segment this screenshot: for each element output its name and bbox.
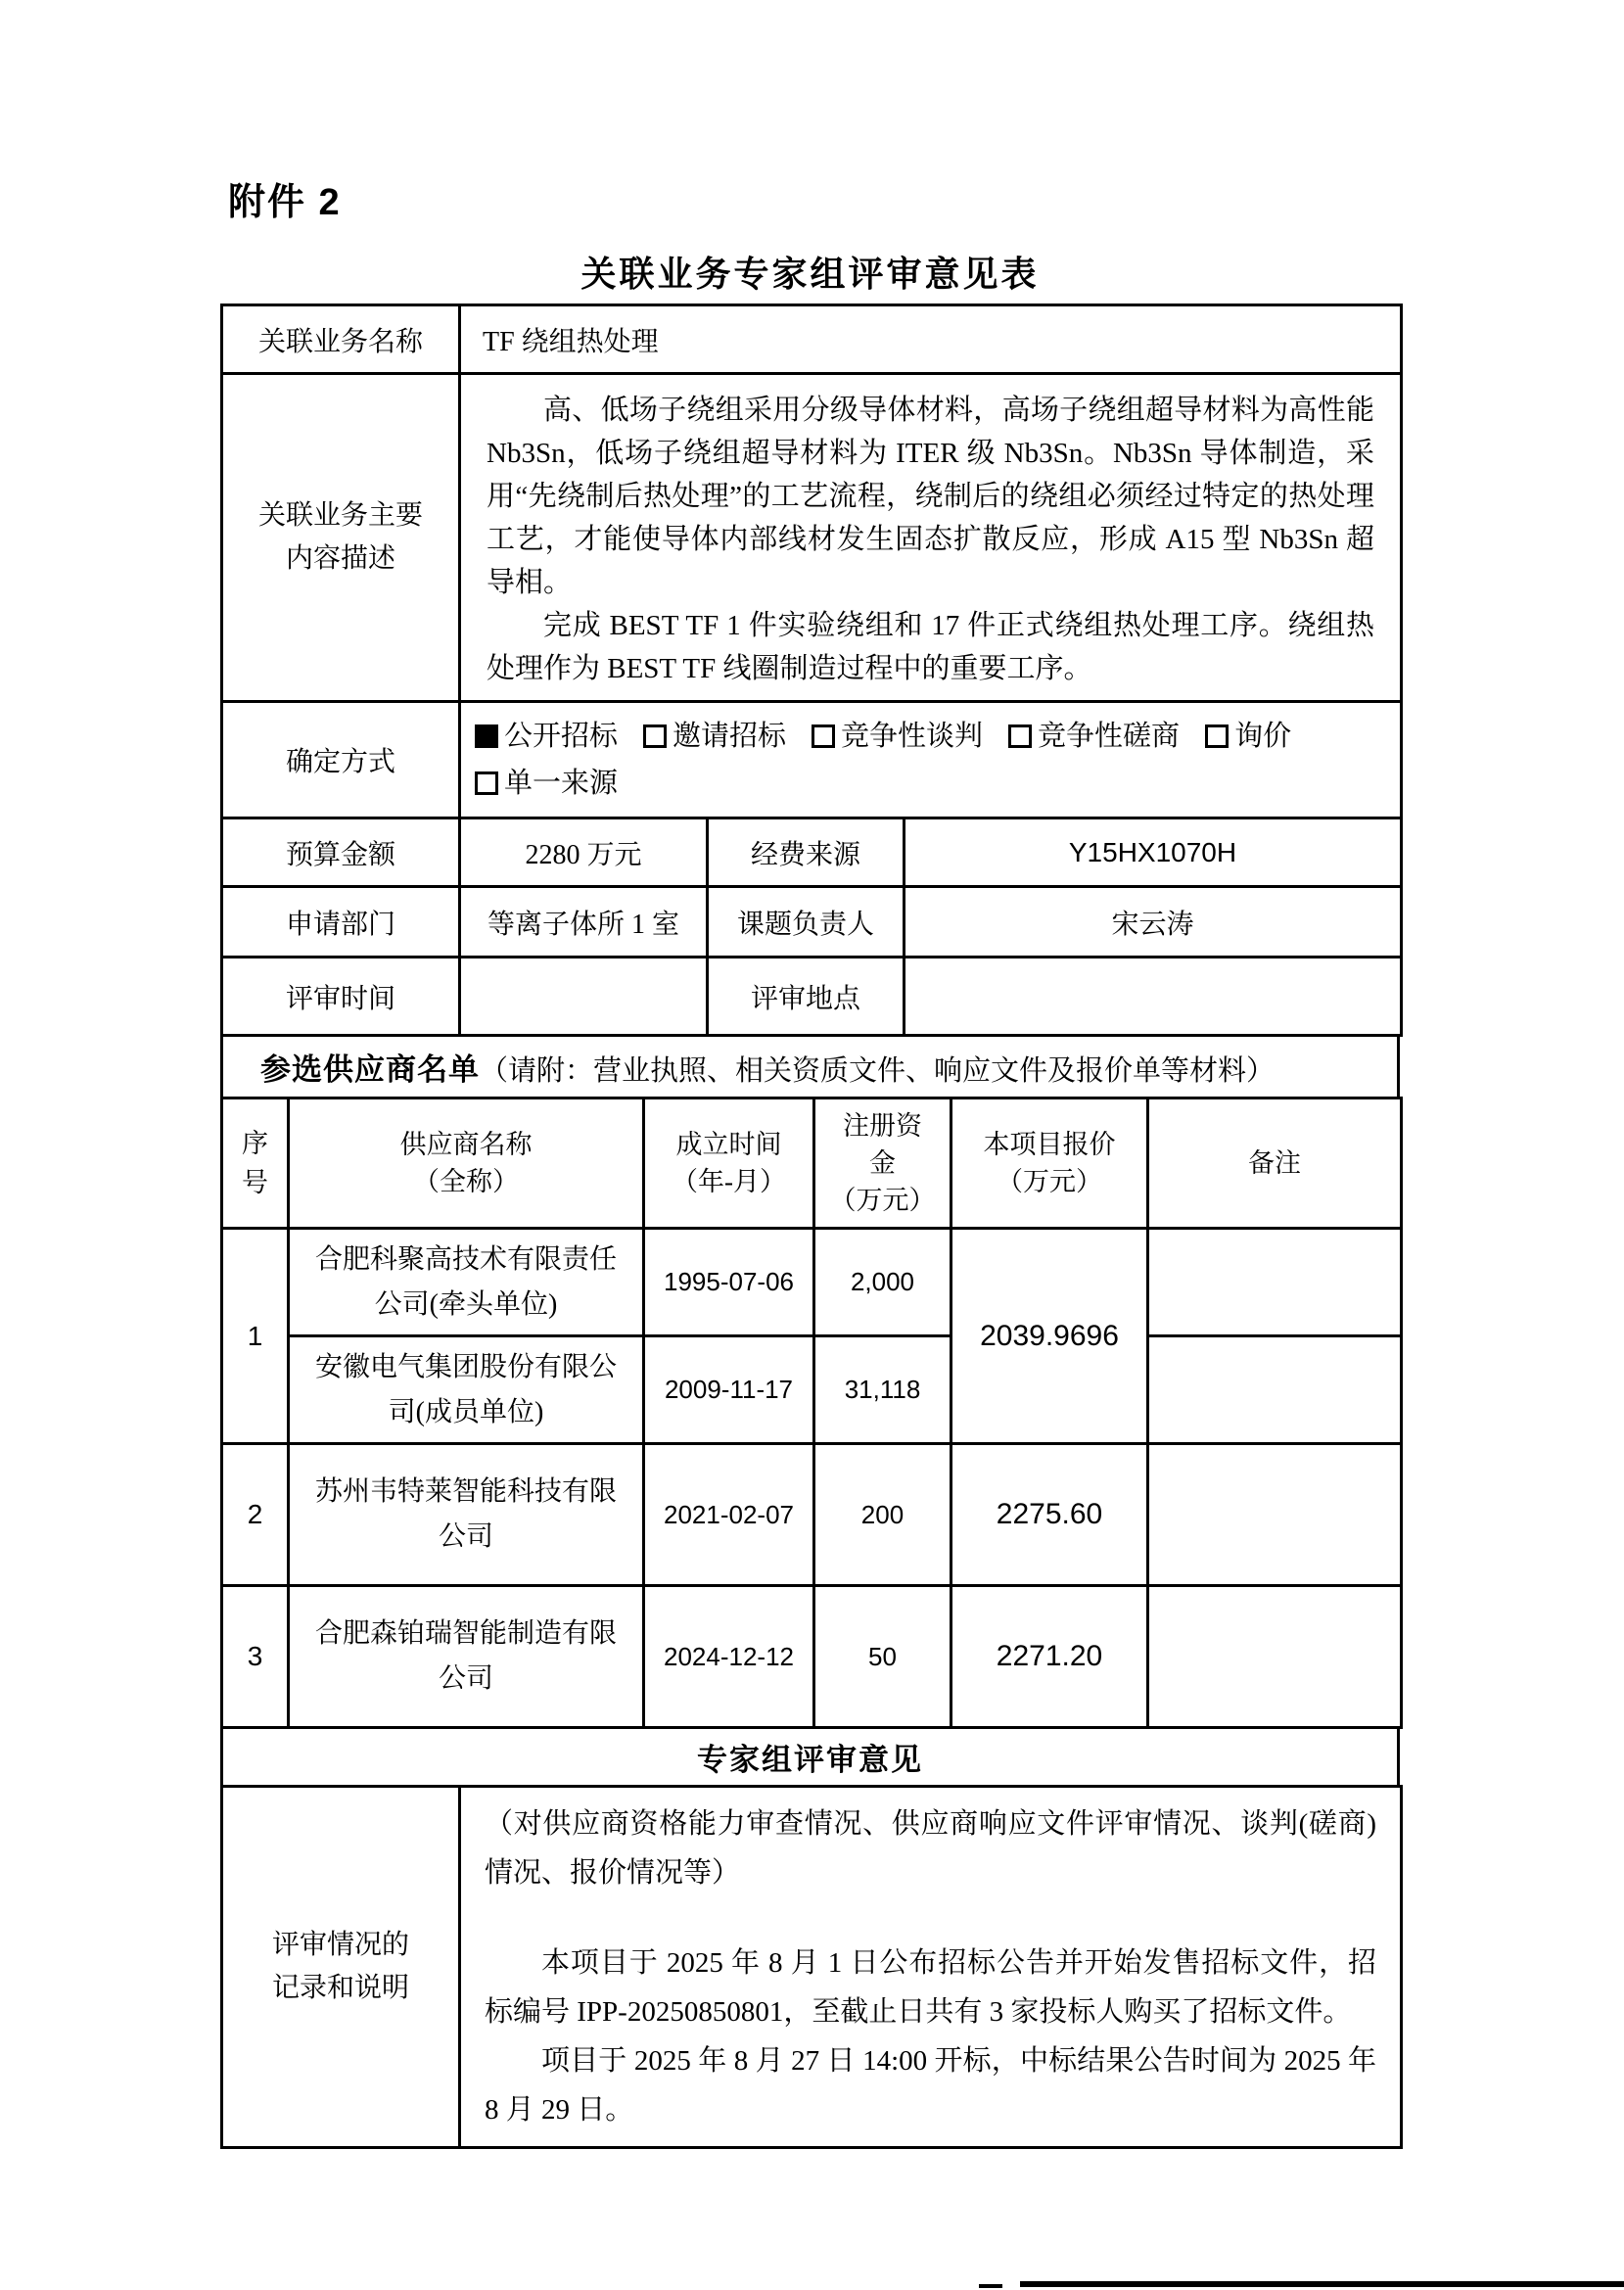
table-row: 专家组评审意见 — [222, 1728, 1399, 1787]
funding-source-label: 经费来源 — [708, 818, 905, 887]
method-options-line1: 公开招标 邀请招标 竞争性谈判 竞争性磋商 — [475, 713, 1394, 760]
method-option-label: 竞争性谈判 — [841, 713, 983, 760]
supplier-name: 合肥科聚高技术有限责任公司(牵头单位) — [289, 1229, 644, 1336]
review-place-value — [905, 958, 1402, 1036]
record-label-line1: 评审情况的 — [233, 1924, 448, 1967]
budget-value: 2280 万元 — [460, 818, 708, 887]
method-option-label: 单一来源 — [504, 760, 618, 807]
budget-label: 预算金额 — [222, 818, 460, 887]
suppliers-section-note: （请附：营业执照、相关资质文件、响应文件及报价单等材料） — [480, 1055, 1275, 1087]
method-option-label: 邀请招标 — [673, 713, 786, 760]
department-label: 申请部门 — [222, 887, 460, 958]
review-form-table: 关联业务名称 TF 绕组热处理 关联业务主要 内容描述 高、低场子绕组采用分级导… — [220, 304, 1400, 2149]
description-label: 关联业务主要 内容描述 — [222, 374, 460, 702]
scanned-document-page: 附件 2 关联业务专家组评审意见表 关联业务名称 TF 绕组热处理 关联业务主要… — [0, 0, 1624, 2290]
col-header-name-text: 供应商名称 — [294, 1126, 638, 1163]
opinion-paragraph: 本项目于 2025 年 8 月 1 日公布招标公告并开始发售招标文件，招标编号 … — [485, 1939, 1376, 2036]
supplier-remark — [1148, 1336, 1402, 1444]
description-paragraph: 完成 BEST TF 1 件实验绕组和 17 件正式绕组热处理工序。绕组热处理作… — [487, 604, 1374, 690]
leader-label: 课题负责人 — [708, 887, 905, 958]
table-row: 确定方式 公开招标 邀请招标 竞争性谈判 — [222, 702, 1402, 818]
supplier-price: 2275.60 — [951, 1444, 1148, 1586]
supplier-founded: 1995-07-06 — [644, 1229, 814, 1336]
opinion-hint: （对供应商资格能力审查情况、供应商响应文件评审情况、谈判(磋商)情况、报价情况等… — [485, 1799, 1376, 1897]
method-option-label: 询价 — [1234, 713, 1291, 760]
col-header-seq-text: 序号 — [239, 1124, 272, 1202]
funding-source-value: Y15HX1070H — [905, 818, 1402, 887]
supplier-capital: 200 — [814, 1444, 951, 1586]
table-row: 关联业务名称 TF 绕组热处理 — [222, 305, 1402, 374]
supplier-capital: 2,000 — [814, 1229, 951, 1336]
col-header-name: 供应商名称 （全称） — [289, 1098, 644, 1229]
checkbox-checked-icon — [475, 724, 498, 748]
supplier-name: 苏州韦特莱智能科技有限公司 — [289, 1444, 644, 1586]
checkbox-icon — [1008, 724, 1032, 748]
suppliers-section-title: 参选供应商名单 — [260, 1052, 480, 1087]
method-option-label: 竞争性磋商 — [1038, 713, 1180, 760]
col-header-price-text: 本项目报价 — [956, 1126, 1142, 1163]
supplier-capital: 31,118 — [814, 1336, 951, 1444]
supplier-seq: 2 — [222, 1444, 289, 1586]
checkbox-icon — [812, 724, 835, 748]
method-option-competitive-negotiation: 竞争性谈判 — [812, 713, 983, 760]
record-label-line2: 记录和说明 — [233, 1967, 448, 2010]
method-option-inquiry: 询价 — [1205, 713, 1291, 760]
col-header-price-sub: （万元） — [956, 1163, 1142, 1200]
description-paragraph: 高、低场子绕组采用分级导体材料，高场子绕组超导材料为高性能 Nb3Sn，低场子绕… — [487, 389, 1374, 604]
method-options-cell: 公开招标 邀请招标 竞争性谈判 竞争性磋商 — [460, 702, 1402, 818]
table-row: 参选供应商名单（请附：营业执照、相关资质文件、响应文件及报价单等材料） — [222, 1036, 1399, 1098]
supplier-capital: 50 — [814, 1586, 951, 1728]
attachment-label: 附件 2 — [228, 171, 342, 225]
table-row: 评审情况的 记录和说明 （对供应商资格能力审查情况、供应商响应文件评审情况、谈判… — [222, 1787, 1402, 2148]
col-header-founded-sub: （年-月） — [649, 1163, 809, 1200]
opinion-section-title: 专家组评审意见 — [222, 1728, 1399, 1787]
col-header-name-sub: （全称） — [294, 1163, 638, 1200]
supplier-price: 2271.20 — [951, 1586, 1148, 1728]
suppliers-section-header: 参选供应商名单（请附：营业执照、相关资质文件、响应文件及报价单等材料） — [220, 1034, 1400, 1099]
supplier-name: 安徽电气集团股份有限公司(成员单位) — [289, 1336, 644, 1444]
suppliers-header-row: 序号 供应商名称 （全称） 成立时间 （年-月） 注册资金 （万元） 本项目报价… — [222, 1098, 1402, 1229]
supplier-seq: 3 — [222, 1586, 289, 1728]
method-option-single-source: 单一来源 — [475, 760, 618, 807]
col-header-capital: 注册资金 （万元） — [814, 1098, 951, 1229]
method-options-line2: 单一来源 — [475, 760, 1394, 807]
col-header-capital-sub: （万元） — [819, 1182, 946, 1219]
supplier-row-1a: 1 合肥科聚高技术有限责任公司(牵头单位) 1995-07-06 2,000 2… — [222, 1229, 1402, 1336]
description-value: 高、低场子绕组采用分级导体材料，高场子绕组超导材料为高性能 Nb3Sn，低场子绕… — [460, 374, 1402, 702]
supplier-row-1b: 安徽电气集团股份有限公司(成员单位) 2009-11-17 31,118 — [222, 1336, 1402, 1444]
review-place-label: 评审地点 — [708, 958, 905, 1036]
record-content: （对供应商资格能力审查情况、供应商响应文件评审情况、谈判(磋商)情况、报价情况等… — [460, 1787, 1402, 2148]
spacer — [485, 1897, 1376, 1939]
supplier-founded: 2024-12-12 — [644, 1586, 814, 1728]
scan-artifact-line — [1020, 2281, 1624, 2287]
method-option-public-bidding: 公开招标 — [475, 713, 618, 760]
info-section: 关联业务名称 TF 绕组热处理 关联业务主要 内容描述 高、低场子绕组采用分级导… — [220, 304, 1403, 1037]
description-label-line1: 关联业务主要 — [233, 494, 448, 537]
checkbox-icon — [643, 724, 667, 748]
review-time-label: 评审时间 — [222, 958, 460, 1036]
leader-value: 宋云涛 — [905, 887, 1402, 958]
opinion-section-header: 专家组评审意见 — [220, 1726, 1400, 1788]
supplier-seq: 1 — [222, 1229, 289, 1444]
page-title: 关联业务专家组评审意见表 — [220, 247, 1400, 297]
description-label-line2: 内容描述 — [233, 537, 448, 581]
col-header-price: 本项目报价 （万元） — [951, 1098, 1148, 1229]
scan-artifact-dash — [979, 2284, 1002, 2288]
method-option-competitive-consultation: 竞争性磋商 — [1008, 713, 1180, 760]
supplier-row-3: 3 合肥森铂瑞智能制造有限公司 2024-12-12 50 2271.20 — [222, 1586, 1402, 1728]
supplier-founded: 2021-02-07 — [644, 1444, 814, 1586]
checkbox-icon — [475, 771, 498, 795]
suppliers-table: 序号 供应商名称 （全称） 成立时间 （年-月） 注册资金 （万元） 本项目报价… — [220, 1097, 1403, 1729]
table-row: 关联业务主要 内容描述 高、低场子绕组采用分级导体材料，高场子绕组超导材料为高性… — [222, 374, 1402, 702]
method-option-label: 公开招标 — [504, 713, 618, 760]
review-time-value — [460, 958, 708, 1036]
opinion-section: 评审情况的 记录和说明 （对供应商资格能力审查情况、供应商响应文件评审情况、谈判… — [220, 1785, 1403, 2149]
table-row: 预算金额 2280 万元 经费来源 Y15HX1070H — [222, 818, 1402, 887]
col-header-founded: 成立时间 （年-月） — [644, 1098, 814, 1229]
supplier-name: 合肥森铂瑞智能制造有限公司 — [289, 1586, 644, 1728]
supplier-remark — [1148, 1586, 1402, 1728]
supplier-founded: 2009-11-17 — [644, 1336, 814, 1444]
method-label: 确定方式 — [222, 702, 460, 818]
department-value: 等离子体所 1 室 — [460, 887, 708, 958]
checkbox-icon — [1205, 724, 1229, 748]
suppliers-band: 参选供应商名单（请附：营业执照、相关资质文件、响应文件及报价单等材料） — [222, 1036, 1399, 1098]
supplier-row-2: 2 苏州韦特莱智能科技有限公司 2021-02-07 200 2275.60 — [222, 1444, 1402, 1586]
record-label: 评审情况的 记录和说明 — [222, 1787, 460, 2148]
col-header-seq: 序号 — [222, 1098, 289, 1229]
opinion-paragraph: 项目于 2025 年 8 月 27 日 14:00 开标，中标结果公告时间为 2… — [485, 2036, 1376, 2134]
col-header-founded-text: 成立时间 — [649, 1126, 809, 1163]
table-row: 申请部门 等离子体所 1 室 课题负责人 宋云涛 — [222, 887, 1402, 958]
business-name-value: TF 绕组热处理 — [460, 305, 1402, 374]
col-header-remark: 备注 — [1148, 1098, 1402, 1229]
col-header-capital-text: 注册资金 — [838, 1107, 928, 1182]
table-row: 评审时间 评审地点 — [222, 958, 1402, 1036]
supplier-remark — [1148, 1444, 1402, 1586]
business-name-label: 关联业务名称 — [222, 305, 460, 374]
supplier-price: 2039.9696 — [951, 1229, 1148, 1444]
method-option-invited-bidding: 邀请招标 — [643, 713, 786, 760]
supplier-remark — [1148, 1229, 1402, 1336]
